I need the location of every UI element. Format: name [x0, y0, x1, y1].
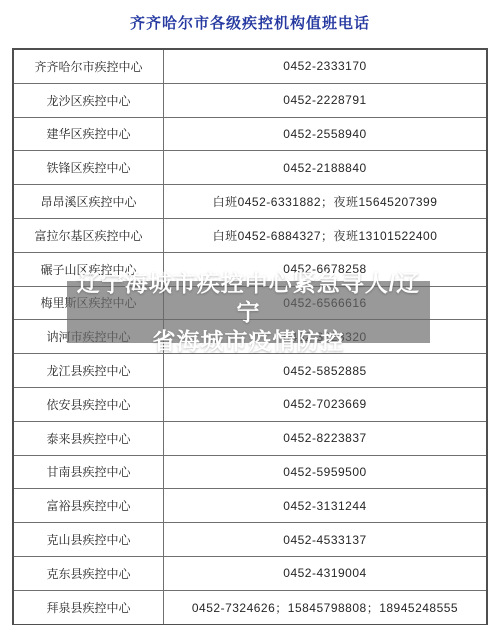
- org-name-cell: 拜泉县疾控中心: [13, 590, 164, 624]
- table-row: 富拉尔基区疾控中心白班0452-6884327；夜班13101522400: [13, 218, 487, 252]
- table-row: 龙江县疾控中心0452-5852885: [13, 354, 487, 388]
- phone-cell: 白班0452-6331882；夜班15645207399: [164, 185, 488, 219]
- org-name-cell: 泰来县疾控中心: [13, 421, 164, 455]
- table-row: 依安县疾控中心0452-7023669: [13, 387, 487, 421]
- table-row: 齐齐哈尔市疾控中心0452-2333170: [13, 49, 487, 83]
- phone-cell: 0452-2333170: [164, 49, 488, 83]
- phone-cell: 0452-7324626；15845798808；18945248555: [164, 590, 488, 624]
- phone-cell: 0452-3131244: [164, 489, 488, 523]
- org-name-cell: 铁锋区疾控中心: [13, 151, 164, 185]
- org-name-cell: 富裕县疾控中心: [13, 489, 164, 523]
- org-name-cell: 富拉尔基区疾控中心: [13, 218, 164, 252]
- table-row: 克东县疾控中心0452-4319004: [13, 556, 487, 590]
- phone-cell: 0452-4533137: [164, 523, 488, 557]
- table-row: 富裕县疾控中心0452-3131244: [13, 489, 487, 523]
- table-row: 龙沙区疾控中心0452-2228791: [13, 83, 487, 117]
- table-row: 克山县疾控中心0452-4533137: [13, 523, 487, 557]
- org-name-cell: 克东县疾控中心: [13, 556, 164, 590]
- phone-cell: 0452-7023669: [164, 387, 488, 421]
- org-name-cell: 甘南县疾控中心: [13, 455, 164, 489]
- phone-cell: 0452-5959500: [164, 455, 488, 489]
- table-row: 昂昂溪区疾控中心白班0452-6331882；夜班15645207399: [13, 185, 487, 219]
- phone-cell: 0452-5852885: [164, 354, 488, 388]
- org-name-cell: 克山县疾控中心: [13, 523, 164, 557]
- watermark-overlay: 辽宁海城市疾控中心紧急寻人/辽宁 省海城市疫情防控: [67, 281, 430, 343]
- phone-cell: 白班0452-6884327；夜班13101522400: [164, 218, 488, 252]
- org-name-cell: 依安县疾控中心: [13, 387, 164, 421]
- org-name-cell: 齐齐哈尔市疾控中心: [13, 49, 164, 83]
- phone-cell: 0452-8223837: [164, 421, 488, 455]
- org-name-cell: 建华区疾控中心: [13, 117, 164, 151]
- phone-cell: 0452-2188840: [164, 151, 488, 185]
- watermark-line1: 辽宁海城市疾控中心紧急寻人/辽宁: [67, 269, 430, 327]
- table-row: 铁锋区疾控中心0452-2188840: [13, 151, 487, 185]
- org-name-cell: 龙沙区疾控中心: [13, 83, 164, 117]
- phone-cell: 0452-2558940: [164, 117, 488, 151]
- table-row: 甘南县疾控中心0452-5959500: [13, 455, 487, 489]
- table-row: 拜泉县疾控中心0452-7324626；15845798808；18945248…: [13, 590, 487, 624]
- table-row: 泰来县疾控中心0452-8223837: [13, 421, 487, 455]
- phone-cell: 0452-4319004: [164, 556, 488, 590]
- page-title: 齐齐哈尔市各级疾控机构值班电话: [0, 12, 500, 33]
- org-name-cell: 昂昂溪区疾控中心: [13, 185, 164, 219]
- page: 齐齐哈尔市各级疾控机构值班电话 齐齐哈尔市疾控中心0452-2333170龙沙区…: [0, 0, 500, 625]
- org-name-cell: 龙江县疾控中心: [13, 354, 164, 388]
- phone-cell: 0452-2228791: [164, 83, 488, 117]
- table-row: 建华区疾控中心0452-2558940: [13, 117, 487, 151]
- watermark-line2: 省海城市疫情防控: [153, 327, 345, 356]
